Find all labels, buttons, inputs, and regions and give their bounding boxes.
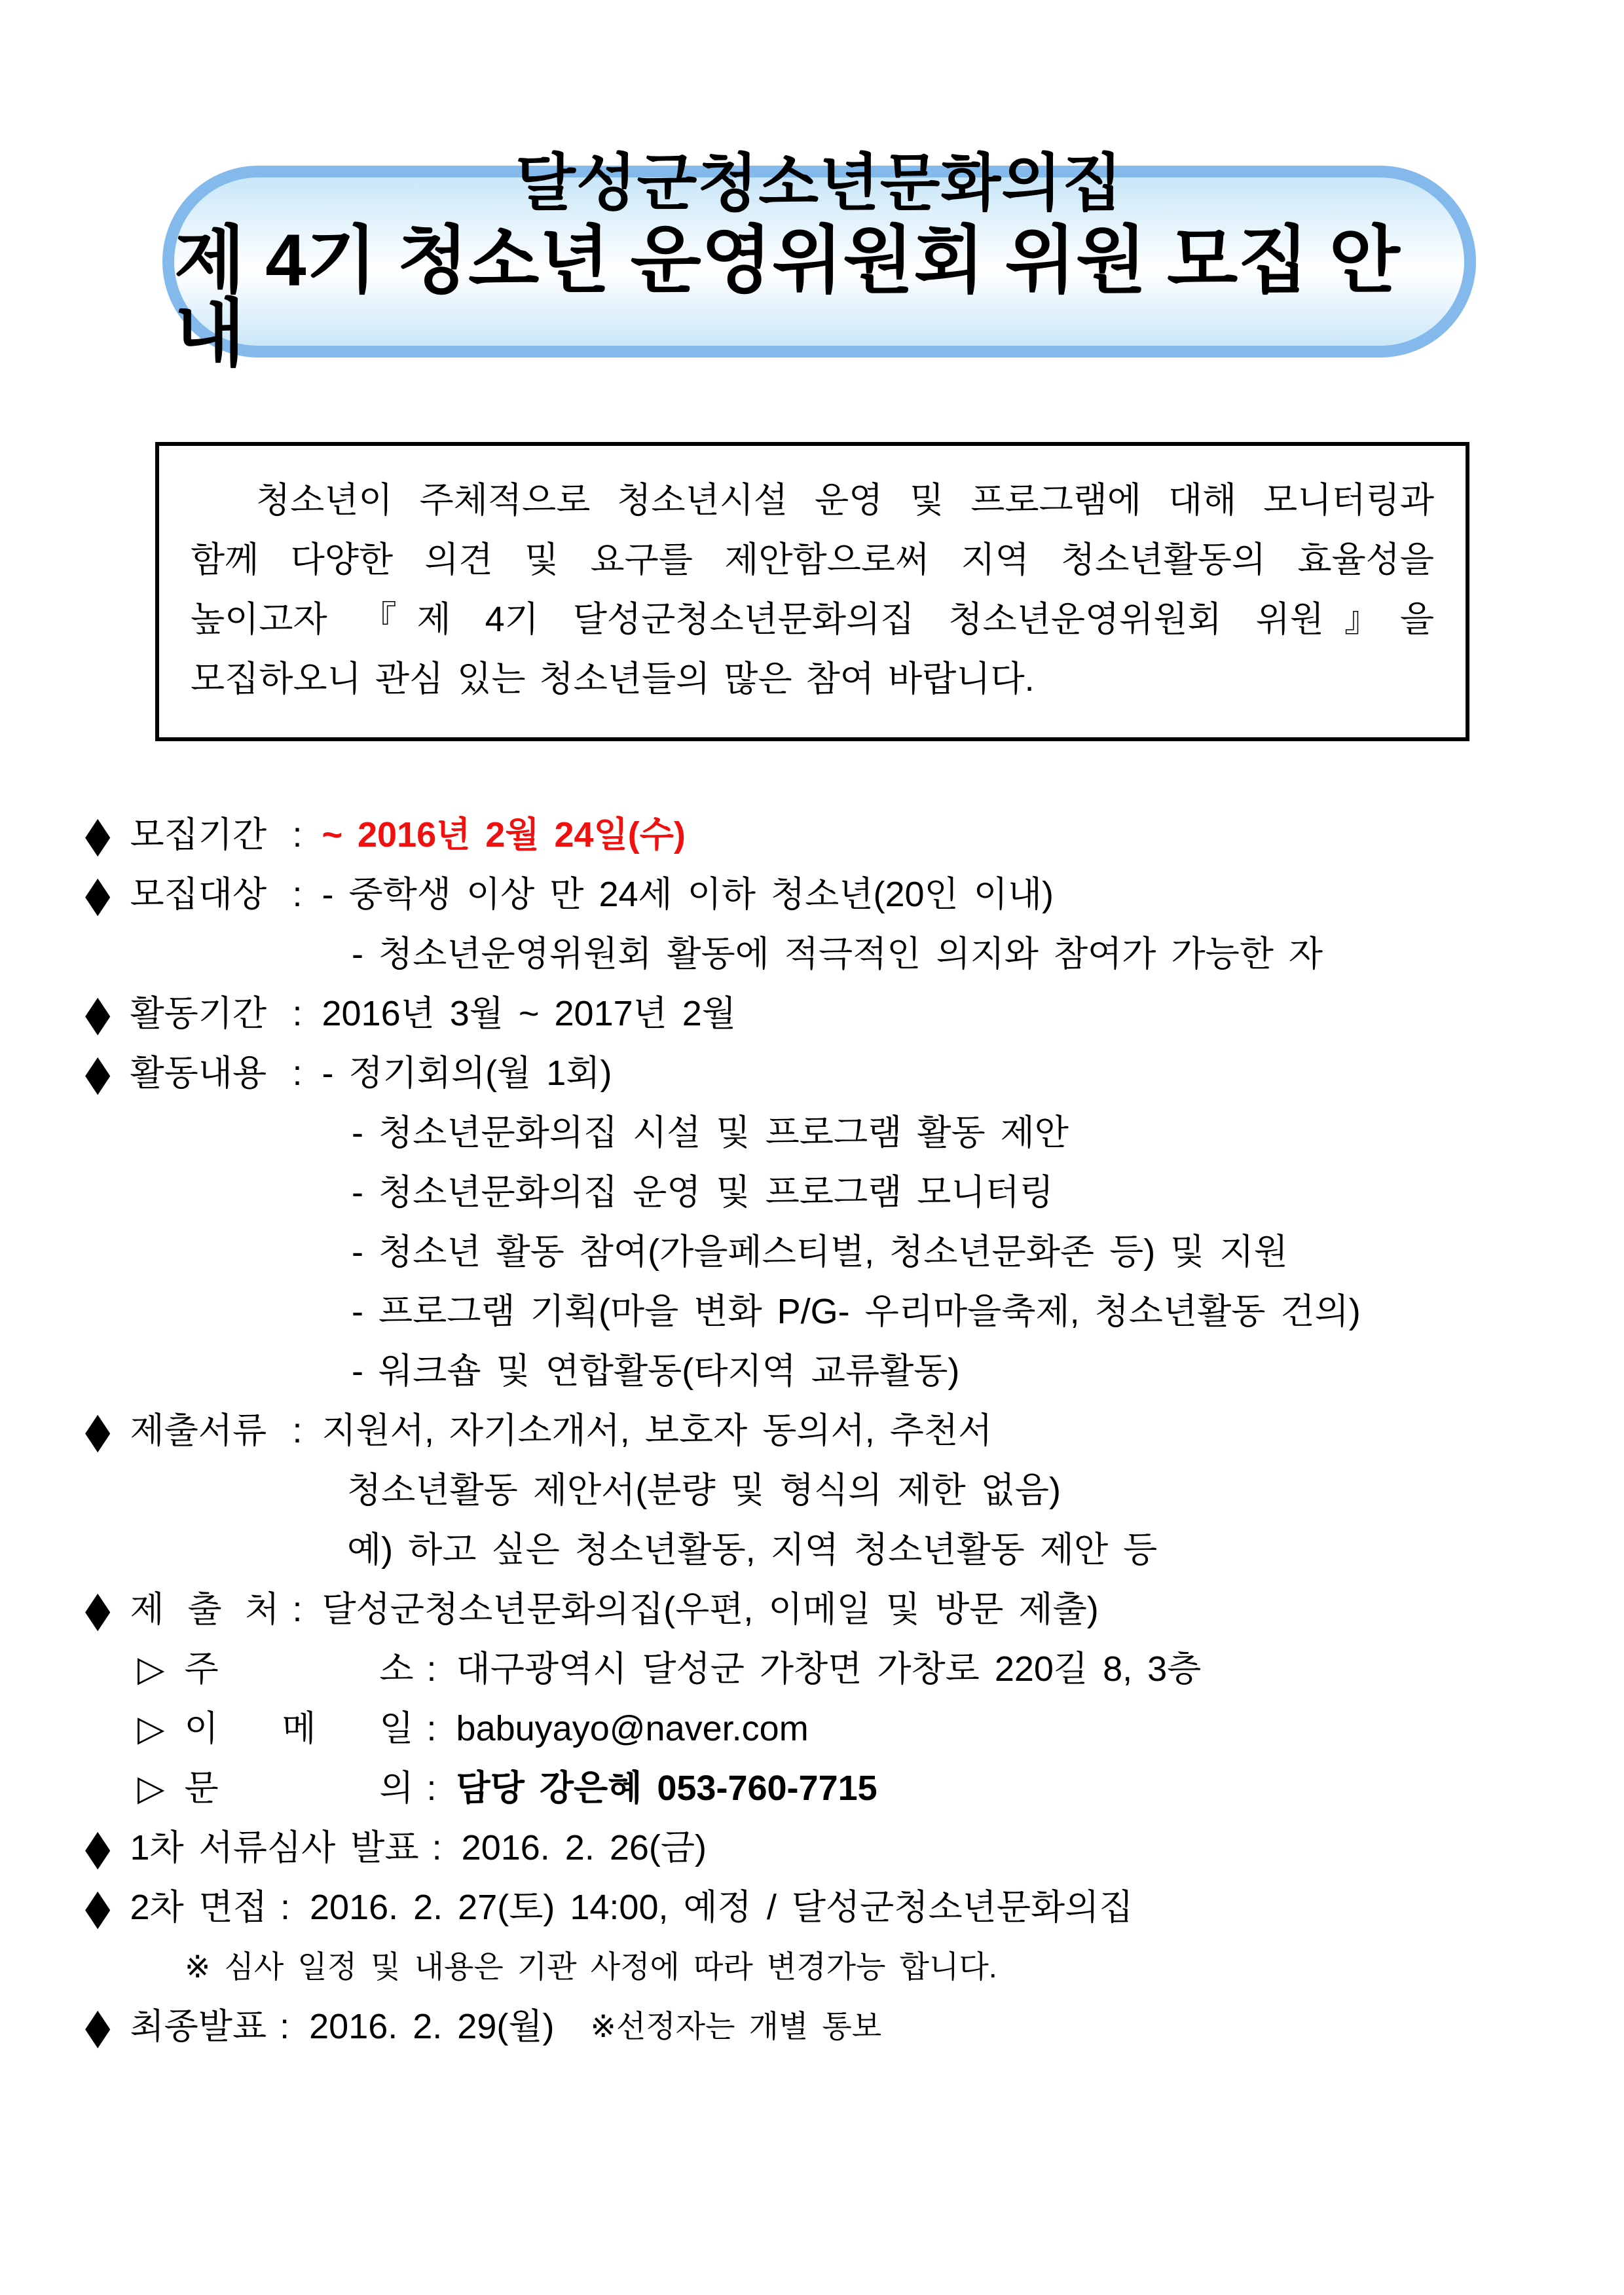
triangle-bullet-icon: ▷ [138, 1769, 165, 1808]
diamond-bullet-icon: ◆ [85, 1818, 110, 1877]
colon-separator: : [427, 1649, 437, 1689]
contact-row: ▷ 문 의 : 담당 강은혜 053-760-7715 [138, 1769, 1585, 1808]
final-announcement-label: 최종발표 [130, 2007, 267, 2046]
email-value: babuyayo@naver.com [456, 1709, 809, 1748]
interview-value: 2016. 2. 27(토) 14:00, 예정 / 달성군청소년문화의집 [310, 1888, 1133, 1927]
documents-row: ◆ 제출서류 : 지원서, 자기소개서, 보호자 동의서, 추천서 [85, 1411, 1585, 1450]
colon-separator: : [432, 1828, 442, 1867]
activity-content-row: ◆ 활동내용 : - 정기회의(월 1회) [85, 1054, 1585, 1093]
recruit-target-row-2: - 청소년운영위원회 활동에 적극적인 의지와 참여가 가능한 자 [85, 934, 1585, 974]
schedule-note-row: ※ 심사 일정 및 내용은 기관 사정에 따라 변경가능 합니다. [85, 1947, 1585, 1987]
submit-to-row: ◆ 제 출 처 : 달성군청소년문화의집(우편, 이메일 및 방문 제출) [85, 1590, 1585, 1629]
contact-label: 문 의 [185, 1769, 414, 1808]
final-announcement-note: ※선정자는 개별 통보 [591, 2007, 882, 2046]
recruit-period-label: 모집기간 [130, 815, 279, 854]
final-announcement-value: 2016. 2. 29(월) [309, 2007, 554, 2046]
schedule-note: ※ 심사 일정 및 내용은 기관 사정에 따라 변경가능 합니다. [185, 1947, 997, 1987]
colon-separator: : [292, 875, 302, 914]
final-announcement-row: ◆ 최종발표 : 2016. 2. 29(월) ※선정자는 개별 통보 [85, 2007, 1585, 2046]
colon-separator: : [280, 1888, 290, 1927]
activity-content-item-6: - 워크숍 및 연합활동(타지역 교류활동) [85, 1351, 959, 1391]
address-value: 대구광역시 달성군 가창면 가창로 220길 8, 3층 [456, 1649, 1202, 1689]
triangle-bullet-icon: ▷ [138, 1649, 165, 1689]
triangle-bullet-icon: ▷ [138, 1709, 165, 1748]
recruit-period-row: ◆ 모집기간 : ~ 2016년 2월 24일(수) [85, 815, 1585, 854]
intro-line-4: 모집하오니 관심 있는 청소년들의 많은 참여 바랍니다. [191, 650, 1434, 709]
info-list: ◆ 모집기간 : ~ 2016년 2월 24일(수) ◆ 모집대상 : - 중학… [0, 815, 1624, 2066]
diamond-bullet-icon: ◆ [85, 1043, 110, 1102]
contact-value: 담당 강은혜 053-760-7715 [456, 1769, 877, 1808]
interview-row: ◆ 2차 면접 : 2016. 2. 27(토) 14:00, 예정 / 달성군… [85, 1888, 1585, 1927]
email-label: 이 메 일 [185, 1709, 414, 1748]
activity-content-item-3: - 청소년문화의집 운영 및 프로그램 모니터링 [85, 1173, 1054, 1212]
address-row: ▷ 주 소 : 대구광역시 달성군 가창면 가창로 220길 8, 3층 [138, 1649, 1585, 1689]
diamond-bullet-icon: ◆ [85, 805, 110, 864]
documents-value-2: 청소년활동 제안서(분량 및 형식의 제한 없음) [85, 1471, 1061, 1510]
diamond-bullet-icon: ◆ [85, 1579, 110, 1638]
banner-title: 제 4기 청소년 운영위원회 위원 모집 안내 [174, 224, 1464, 371]
first-review-label: 1차 서류심사 발표 [130, 1828, 418, 1867]
colon-separator: : [427, 1709, 437, 1748]
activity-period-label: 활동기간 [130, 994, 279, 1033]
activity-content-row-2: - 청소년문화의집 시설 및 프로그램 활동 제안 [85, 1113, 1585, 1152]
document-page: 달성군청소년문화의집 제 4기 청소년 운영위원회 위원 모집 안내 청소년이 … [0, 0, 1624, 2295]
intro-line-1: 청소년이 주체적으로 청소년시설 운영 및 프로그램에 대해 모니터링과 [191, 471, 1434, 530]
activity-content-row-6: - 워크숍 및 연합활동(타지역 교류활동) [85, 1351, 1585, 1391]
activity-period-row: ◆ 활동기간 : 2016년 3월 ~ 2017년 2월 [85, 994, 1585, 1033]
documents-value-3: 예) 하고 싶은 청소년활동, 지역 청소년활동 제안 등 [85, 1530, 1157, 1570]
intro-box: 청소년이 주체적으로 청소년시설 운영 및 프로그램에 대해 모니터링과 함께 … [155, 442, 1469, 741]
colon-separator: : [292, 1411, 302, 1450]
diamond-bullet-icon: ◆ [85, 1996, 110, 2055]
email-row: ▷ 이 메 일 : babuyayo@naver.com [138, 1709, 1585, 1748]
first-review-row: ◆ 1차 서류심사 발표 : 2016. 2. 26(금) [85, 1828, 1585, 1867]
colon-separator: : [292, 994, 302, 1033]
intro-line-3: 높이고자 『제 4기 달성군청소년문화의집 청소년운영위원회 위원』을 [191, 590, 1434, 650]
activity-content-row-4: - 청소년 활동 참여(가을페스티벌, 청소년문화존 등) 및 지원 [85, 1232, 1585, 1272]
address-label: 주 소 [185, 1649, 414, 1689]
recruit-period-value: ~ 2016년 2월 24일(수) [322, 815, 685, 854]
documents-row-2: 청소년활동 제안서(분량 및 형식의 제한 없음) [85, 1471, 1585, 1510]
activity-content-item-4: - 청소년 활동 참여(가을페스티벌, 청소년문화존 등) 및 지원 [85, 1232, 1288, 1272]
banner-org-name: 달성군청소년문화의집 [515, 153, 1123, 215]
diamond-bullet-icon: ◆ [85, 1877, 110, 1936]
diamond-bullet-icon: ◆ [85, 983, 110, 1042]
activity-content-label: 활동내용 [130, 1054, 279, 1093]
activity-period-value: 2016년 3월 ~ 2017년 2월 [322, 994, 736, 1033]
title-banner: 달성군청소년문화의집 제 4기 청소년 운영위원회 위원 모집 안내 [162, 166, 1476, 358]
diamond-bullet-icon: ◆ [85, 864, 110, 923]
recruit-target-value-2: - 청소년운영위원회 활동에 적극적인 의지와 참여가 가능한 자 [85, 934, 1323, 974]
recruit-target-value-1: - 중학생 이상 만 24세 이하 청소년(20인 이내) [322, 875, 1054, 914]
colon-separator: : [292, 815, 302, 854]
colon-separator: : [280, 2007, 289, 2046]
first-review-value: 2016. 2. 26(금) [462, 1828, 707, 1867]
colon-separator: : [427, 1769, 437, 1808]
activity-content-item-2: - 청소년문화의집 시설 및 프로그램 활동 제안 [85, 1113, 1069, 1152]
documents-value-1: 지원서, 자기소개서, 보호자 동의서, 추천서 [322, 1411, 992, 1450]
interview-label: 2차 면접 [130, 1888, 267, 1927]
documents-row-3: 예) 하고 싶은 청소년활동, 지역 청소년활동 제안 등 [85, 1530, 1585, 1570]
recruit-target-label: 모집대상 [130, 875, 279, 914]
activity-content-row-3: - 청소년문화의집 운영 및 프로그램 모니터링 [85, 1173, 1585, 1212]
intro-line-2: 함께 다양한 의견 및 요구를 제안함으로써 지역 청소년활동의 효율성을 [191, 530, 1434, 590]
submit-to-value: 달성군청소년문화의집(우편, 이메일 및 방문 제출) [322, 1590, 1098, 1629]
diamond-bullet-icon: ◆ [85, 1401, 110, 1460]
colon-separator: : [292, 1054, 302, 1093]
submit-to-label: 제 출 처 [130, 1590, 279, 1629]
documents-label: 제출서류 [130, 1411, 279, 1450]
recruit-target-row: ◆ 모집대상 : - 중학생 이상 만 24세 이하 청소년(20인 이내) [85, 875, 1585, 914]
activity-content-item-5: - 프로그램 기획(마을 변화 P/G- 우리마을축제, 청소년활동 건의) [85, 1292, 1361, 1331]
colon-separator: : [292, 1590, 302, 1629]
activity-content-row-5: - 프로그램 기획(마을 변화 P/G- 우리마을축제, 청소년활동 건의) [85, 1292, 1585, 1331]
activity-content-item-1: - 정기회의(월 1회) [322, 1054, 612, 1093]
